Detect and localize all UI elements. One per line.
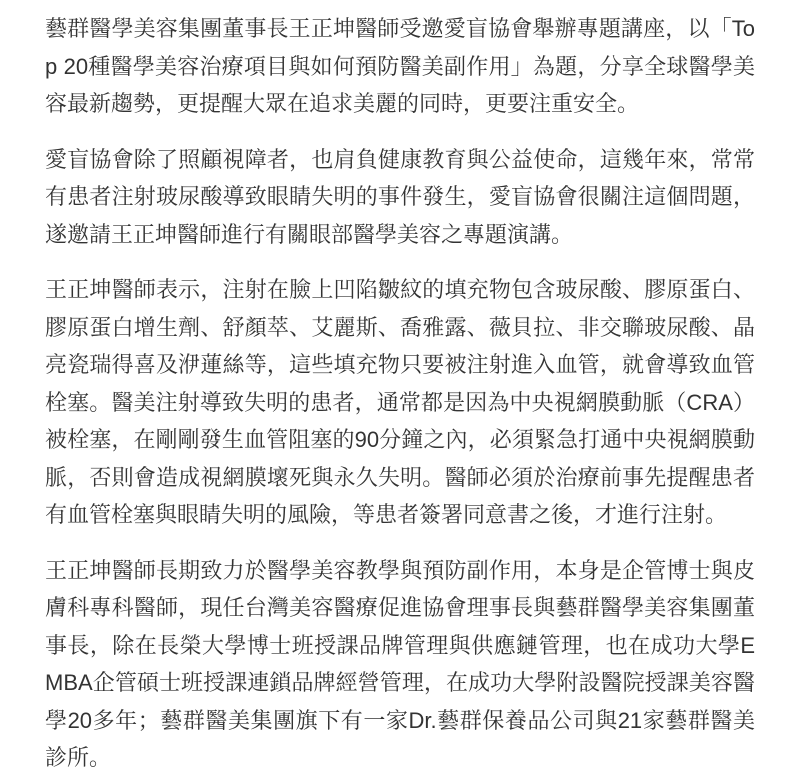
article-page: 藝群醫學美容集團董事長王正坤醫師受邀愛盲協會舉辦專題講座，以「Top 20種醫學… — [0, 0, 800, 775]
article-body: 藝群醫學美容集團董事長王正坤醫師受邀愛盲協會舉辦專題講座，以「Top 20種醫學… — [0, 0, 800, 775]
article-paragraph-3: 王正坤醫師表示，注射在臉上凹陷皺紋的填充物包含玻尿酸、膠原蛋白、膠原蛋白增生劑、… — [45, 271, 755, 534]
article-paragraph-2: 愛盲協會除了照顧視障者，也肩負健康教育與公益使命，這幾年來，常常有患者注射玻尿酸… — [45, 141, 755, 254]
article-paragraph-1: 藝群醫學美容集團董事長王正坤醫師受邀愛盲協會舉辦專題講座，以「Top 20種醫學… — [45, 10, 755, 123]
article-paragraph-4: 王正坤醫師長期致力於醫學美容教學與預防副作用，本身是企管博士與皮膚科專科醫師，現… — [45, 552, 755, 775]
